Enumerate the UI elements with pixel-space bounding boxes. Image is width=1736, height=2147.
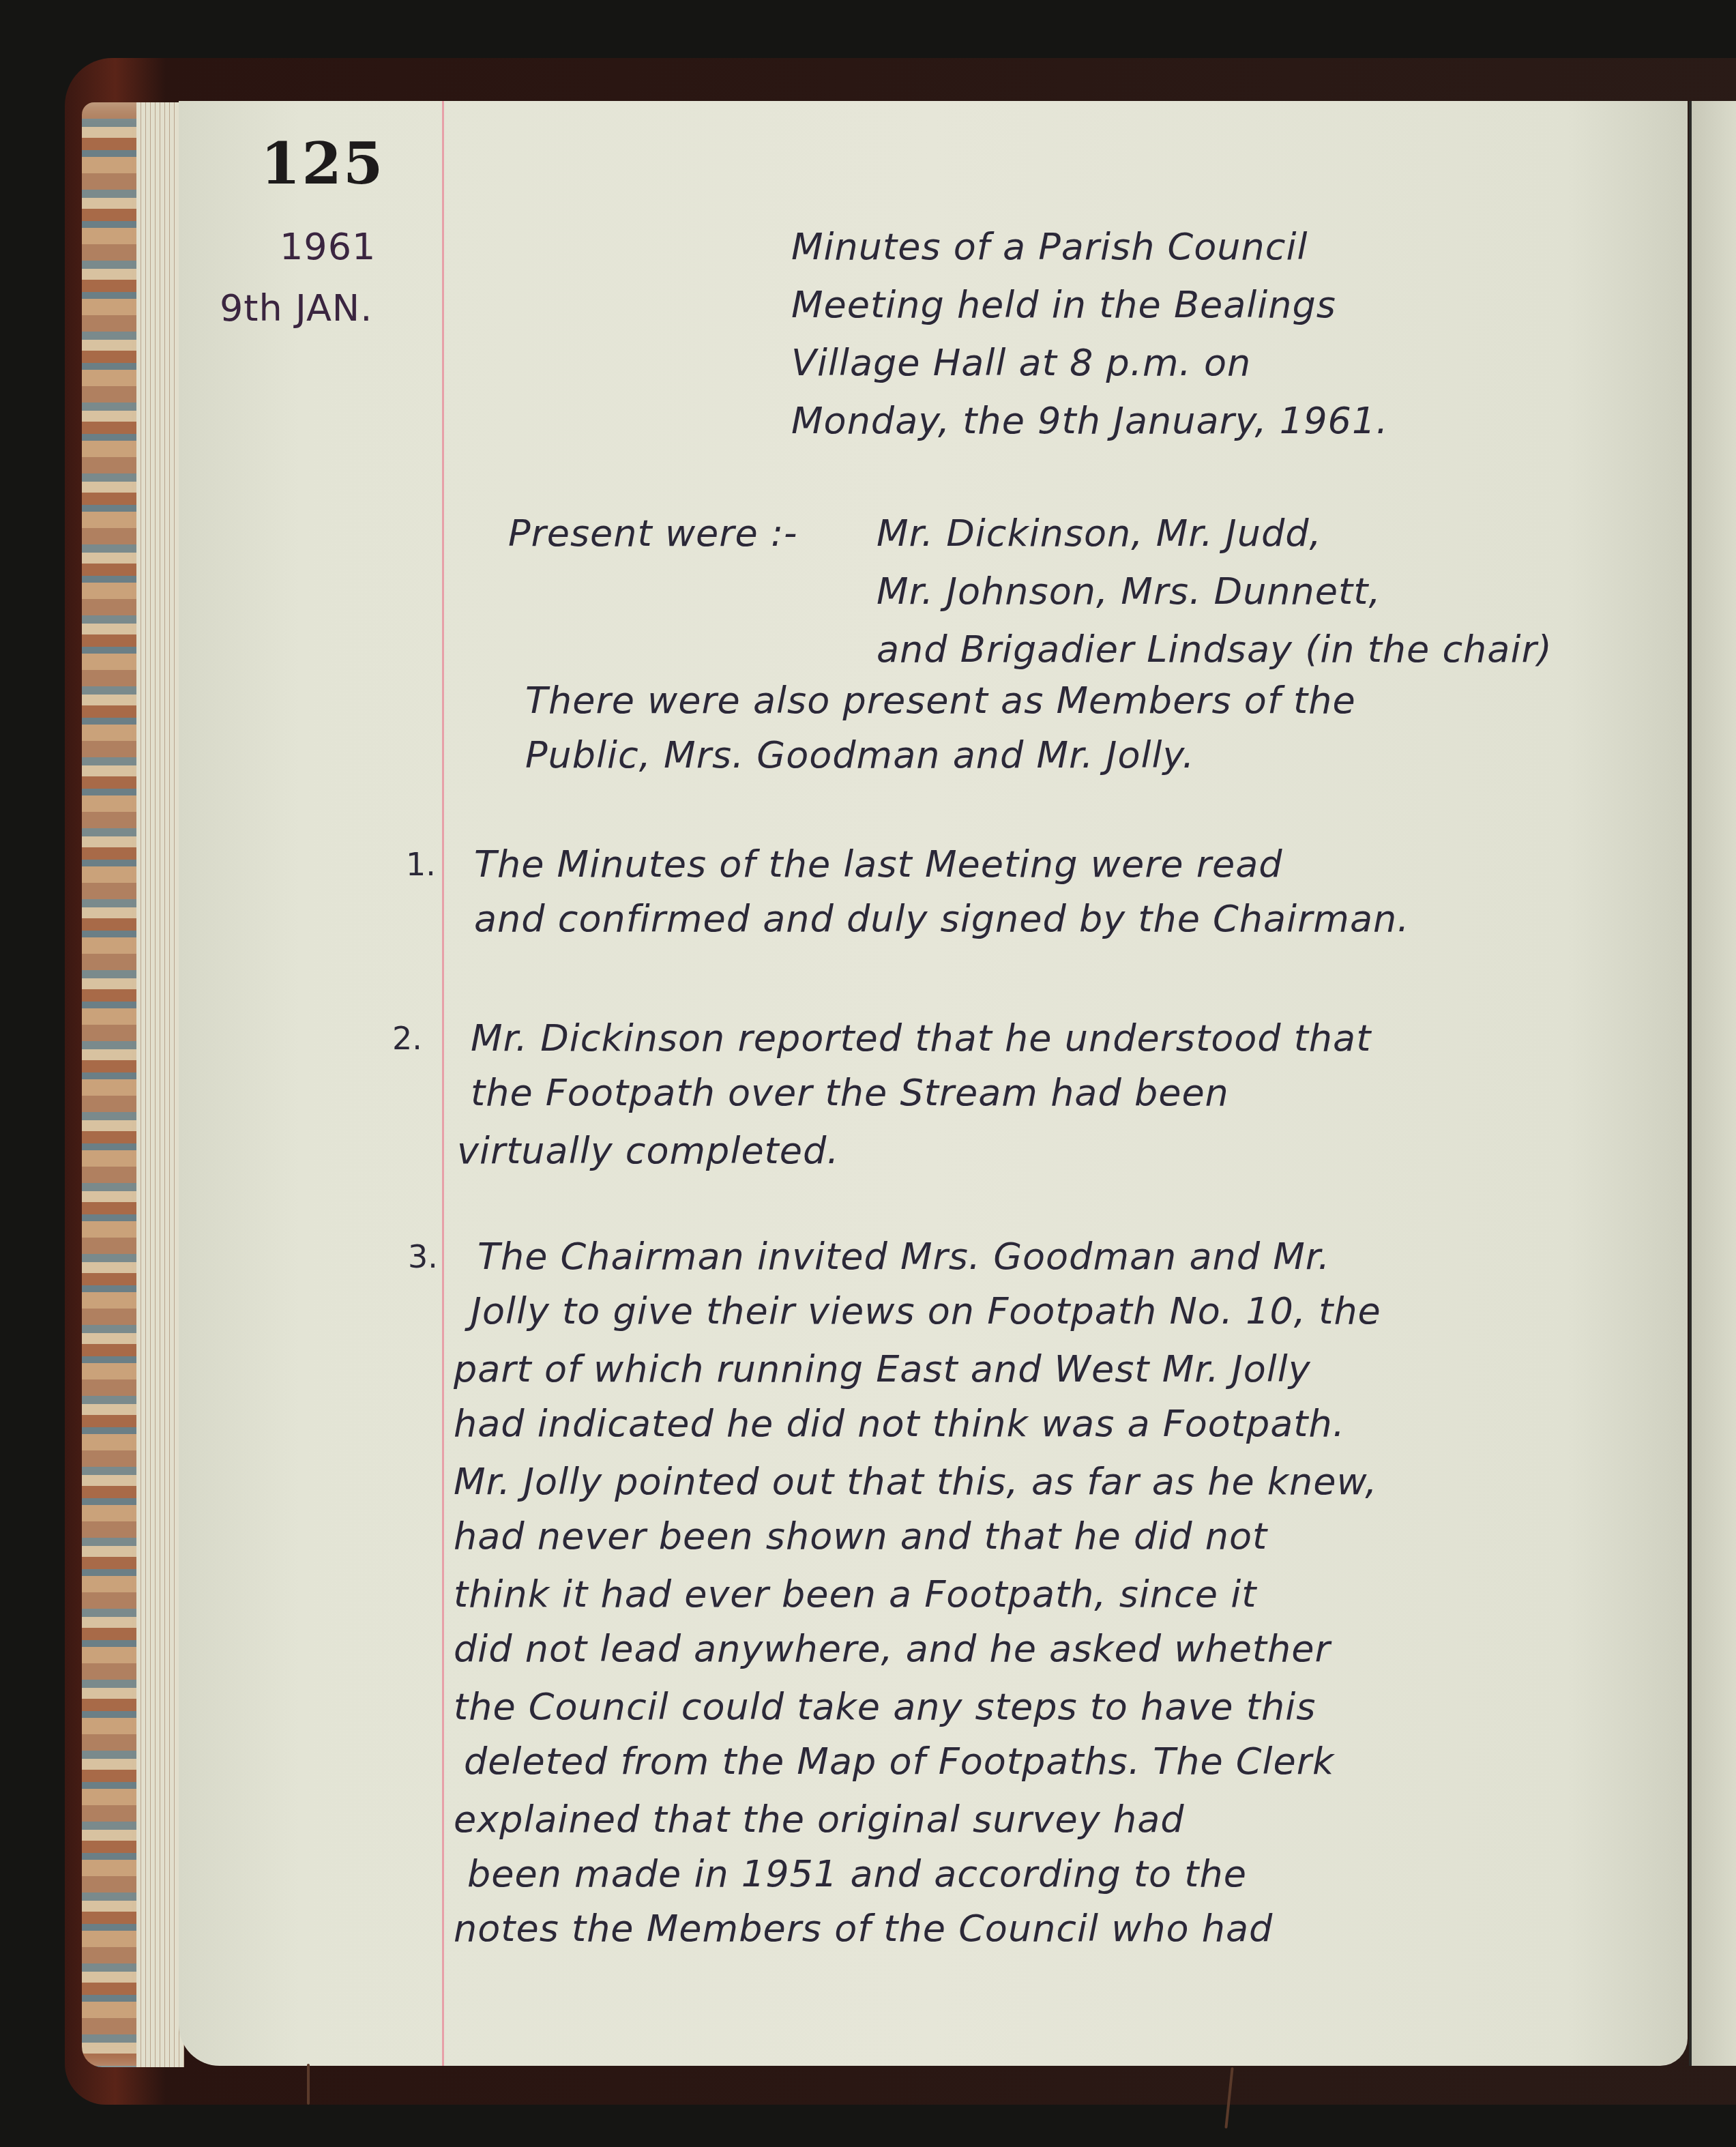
public-line: Public, Mrs. Goodman and Mr. Jolly. bbox=[525, 733, 1194, 776]
item-number: 1. bbox=[406, 846, 436, 883]
item-line: think it had ever been a Footpath, since… bbox=[454, 1573, 1256, 1616]
margin-year: 1961 bbox=[280, 225, 376, 268]
item-line: part of which running East and West Mr. … bbox=[454, 1347, 1311, 1390]
heading-line: Minutes of a Parish Council bbox=[791, 225, 1308, 268]
heading-line: Monday, the 9th January, 1961. bbox=[791, 399, 1388, 442]
attendee-line: Mr. Dickinson, Mr. Judd, bbox=[877, 512, 1322, 555]
item-number: 3. bbox=[408, 1238, 438, 1275]
item-line: had indicated he did not think was a Foo… bbox=[454, 1402, 1345, 1445]
item-line: and confirmed and duly signed by the Cha… bbox=[474, 897, 1409, 940]
item-line: Jolly to give their views on Footpath No… bbox=[471, 1289, 1381, 1332]
item-line: Mr. Jolly pointed out that this, as far … bbox=[454, 1460, 1377, 1503]
margin-line bbox=[442, 101, 444, 2066]
heading-line: Meeting held in the Bealings bbox=[791, 283, 1336, 326]
item-line: deleted from the Map of Footpaths. The C… bbox=[464, 1740, 1334, 1783]
attendee-line: Mr. Johnson, Mrs. Dunnett, bbox=[877, 570, 1381, 613]
item-line: notes the Members of the Council who had bbox=[454, 1907, 1273, 1950]
attendee-line: and Brigadier Lindsay (in the chair) bbox=[877, 628, 1553, 671]
loose-thread bbox=[307, 2064, 310, 2105]
page-number: 125 bbox=[261, 130, 384, 197]
item-line: Mr. Dickinson reported that he understoo… bbox=[471, 1017, 1371, 1060]
item-line: been made in 1951 and according to the bbox=[467, 1852, 1247, 1895]
heading-line: Village Hall at 8 p.m. on bbox=[791, 341, 1251, 384]
item-line: the Council could take any steps to have… bbox=[454, 1685, 1316, 1728]
item-line: The Minutes of the last Meeting were rea… bbox=[474, 843, 1283, 886]
public-line: There were also present as Members of th… bbox=[525, 679, 1356, 722]
next-page-edge bbox=[1689, 101, 1736, 2066]
item-line: virtually completed. bbox=[457, 1129, 839, 1172]
present-label: Present were :- bbox=[508, 512, 798, 555]
item-line: the Footpath over the Stream had been bbox=[471, 1071, 1229, 1114]
item-line: did not lead anywhere, and he asked whet… bbox=[454, 1627, 1331, 1670]
item-number: 2. bbox=[392, 1020, 422, 1057]
item-line: The Chairman invited Mrs. Goodman and Mr… bbox=[477, 1235, 1330, 1278]
margin-date: 9th JAN. bbox=[220, 287, 372, 330]
item-line: had never been shown and that he did not bbox=[454, 1515, 1267, 1558]
item-line: explained that the original survey had bbox=[454, 1798, 1185, 1841]
page-stack bbox=[136, 102, 184, 2067]
